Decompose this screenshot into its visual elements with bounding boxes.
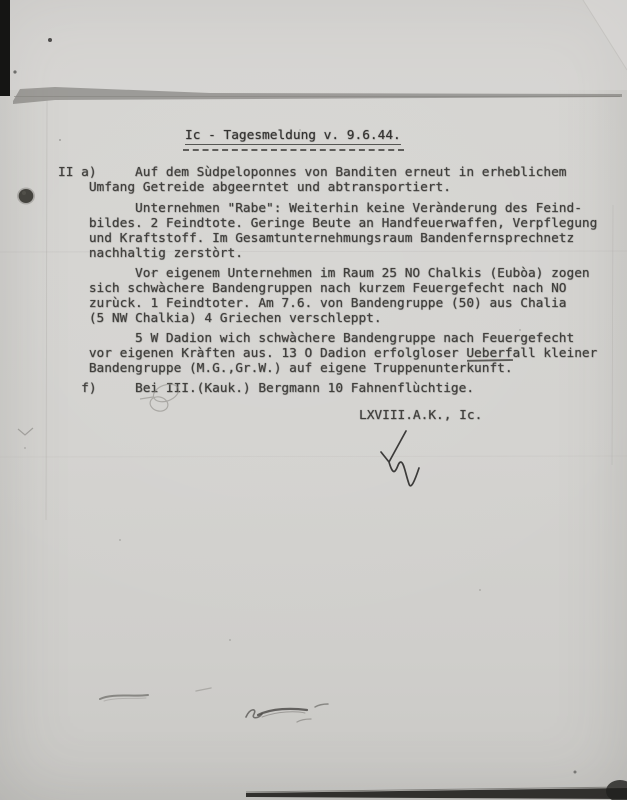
document-title: Ic - Tagesmeldung v. 9.6.44.	[185, 128, 401, 145]
scanned-document-page: Ic - Tagesmeldung v. 9.6.44. II a) Auf d…	[0, 0, 627, 800]
top-page-edge-strip	[0, 0, 627, 90]
paper-edge-shadow-line	[13, 87, 622, 104]
title-dashed-underline	[183, 149, 404, 151]
hole-punch-mark	[19, 189, 34, 203]
black-edge-bar	[0, 0, 10, 96]
paragraph-dadion: 5 W Dadion wich schwàchere Bandengruppe …	[58, 331, 597, 376]
paragraph-iia-harvest: II a) Auf dem Sùdpeloponnes von Banditen…	[58, 165, 567, 195]
paragraph-chalkis: Vor eigenem Unternehmen im Raum 25 NO Ch…	[58, 266, 590, 326]
hole-punch-highlight	[22, 191, 26, 195]
paragraph-unternehmen-rabe: Unternehmen "Rabe": Weiterhin keine Verà…	[58, 201, 597, 261]
bottom-edge-line	[246, 787, 627, 792]
pencil-check-mark	[18, 428, 33, 449]
scan-artifacts-overlay	[0, 0, 627, 800]
bottom-edge-shadow	[246, 788, 627, 799]
hole-punch-halo	[17, 188, 35, 205]
handwritten-signature-mark	[381, 431, 419, 486]
top-right-corner-line	[583, 0, 627, 70]
bottom-right-corner-shadow	[606, 780, 627, 800]
top-right-corner-edge	[583, 0, 627, 70]
bottom-pencil-smudges	[100, 688, 328, 722]
paper-edge-thin-line	[14, 96, 620, 97]
item-f-bergmann: f) Bei III.(Kauk.) Bergmann 10 Fahnenflù…	[58, 381, 474, 396]
signature-unit-line: LXVIII.A.K., Ic.	[359, 408, 482, 423]
